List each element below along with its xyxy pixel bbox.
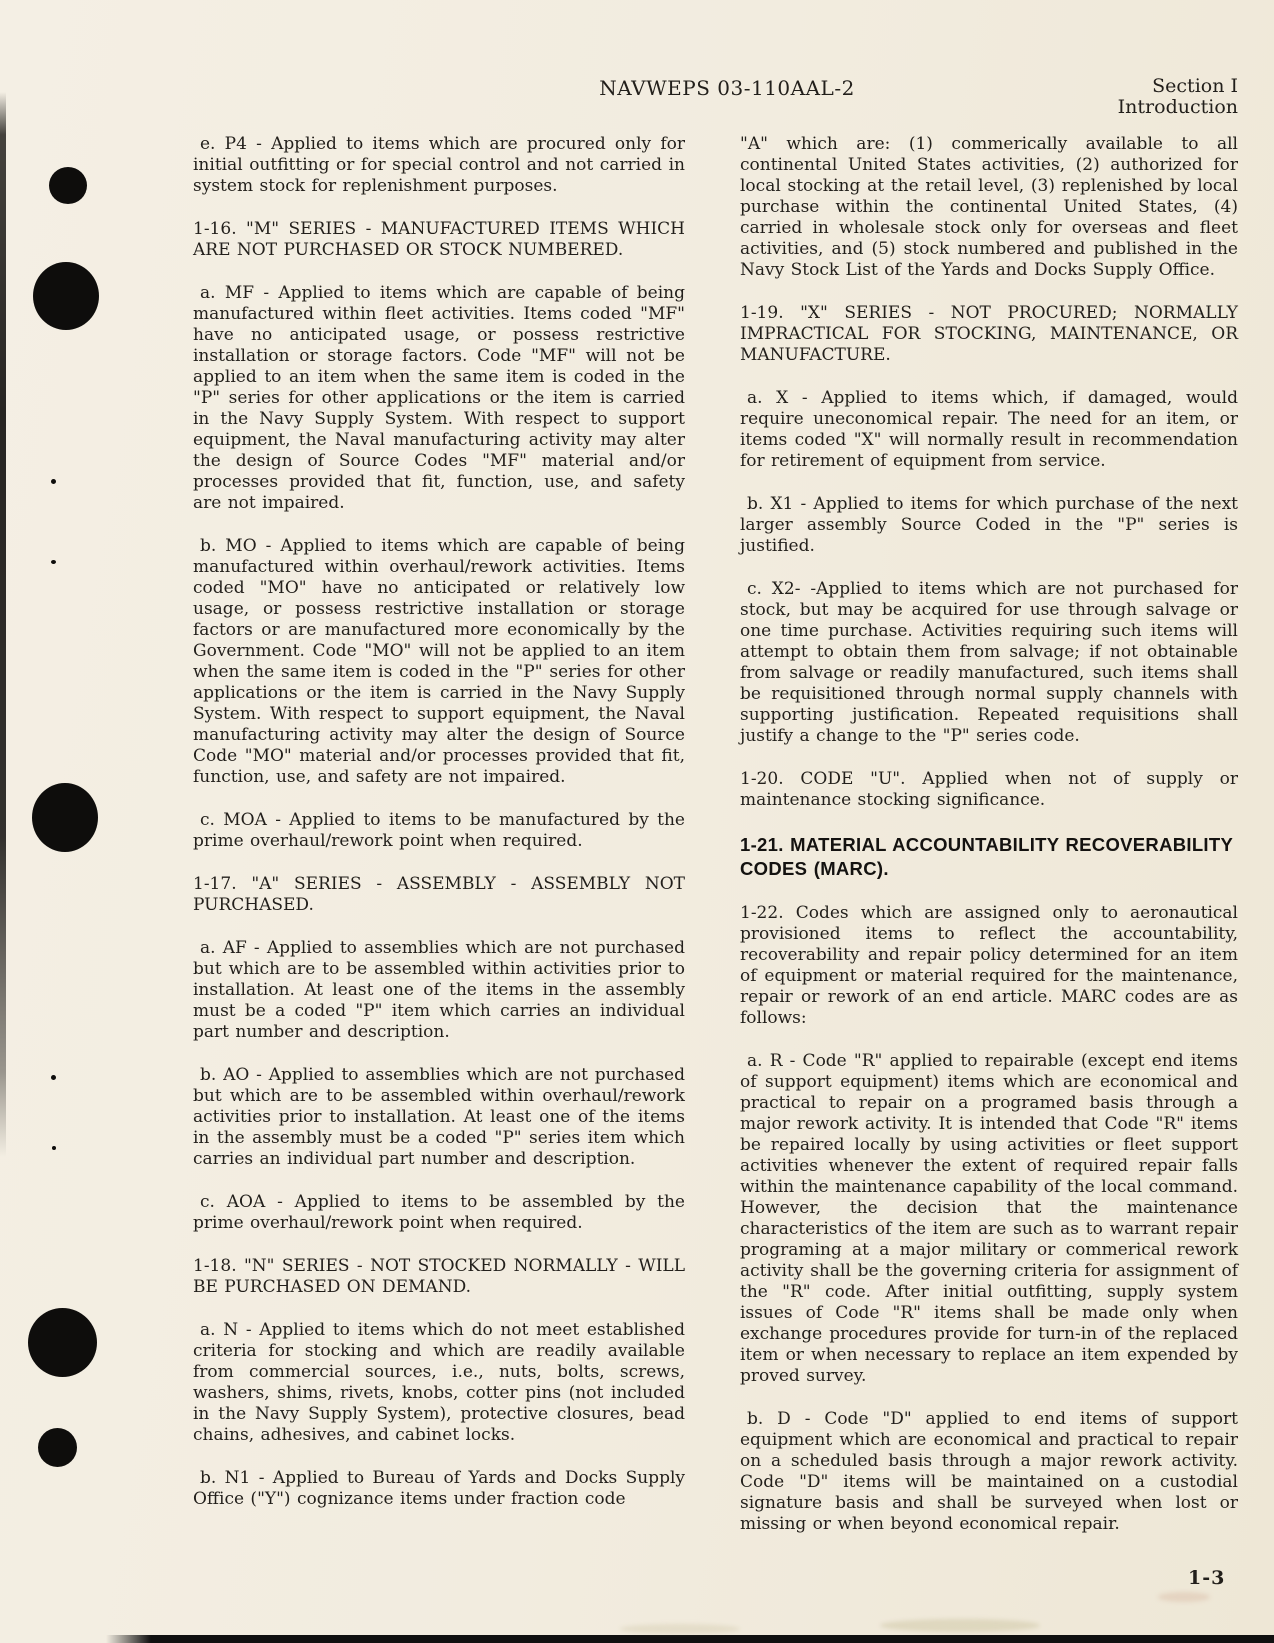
binder-hole	[33, 262, 99, 330]
heading: 1-17. "A" SERIES - ASSEMBLY - ASSEMBLY N…	[193, 874, 685, 916]
column-right: "A" which are: (1) commerically availabl…	[740, 134, 1238, 1557]
body-paragraph: a. R - Code "R" applied to repairable (e…	[740, 1051, 1238, 1387]
scan-smudge	[1158, 1592, 1210, 1602]
body-paragraph: a. N - Applied to items which do not mee…	[193, 1320, 685, 1446]
continuation: 1-20. CODE "U". Applied when not of supp…	[740, 769, 1238, 811]
body-paragraph: b. X1 - Applied to items for which purch…	[740, 494, 1238, 557]
scan-bottom-bar	[106, 1635, 1274, 1643]
binder-hole	[28, 1308, 97, 1377]
section-label: Section I	[1118, 76, 1238, 97]
ink-speck	[51, 560, 56, 564]
page-number: 1-3	[1188, 1567, 1225, 1589]
section-header: Section I Introduction	[1118, 76, 1238, 118]
scan-smudge	[620, 1624, 740, 1634]
ink-speck	[51, 479, 56, 484]
heading: 1-16. "M" SERIES - MANUFACTURED ITEMS WH…	[193, 219, 685, 261]
body-paragraph: b. AO - Applied to assemblies which are …	[193, 1065, 685, 1170]
body-paragraph: b. N1 - Applied to Bureau of Yards and D…	[193, 1468, 685, 1510]
heading: 1-19. "X" SERIES - NOT PROCURED; NORMALL…	[740, 303, 1238, 366]
body-paragraph: c. X2- -Applied to items which are not p…	[740, 579, 1238, 747]
body-paragraph: c. MOA - Applied to items to be manufact…	[193, 810, 685, 852]
body-paragraph: a. X - Applied to items which, if damage…	[740, 388, 1238, 472]
scanned-manual-page: { "header": { "doc_number": "NAVWEPS 03-…	[0, 0, 1274, 1643]
ink-speck	[51, 1075, 56, 1080]
column-left: e. P4 - Applied to items which are procu…	[193, 134, 685, 1532]
heading-bold: 1-21. MATERIAL ACCOUNTABILITY RECOVERABI…	[740, 833, 1238, 881]
body-paragraph: a. AF - Applied to assemblies which are …	[193, 938, 685, 1043]
continuation: 1-22. Codes which are assigned only to a…	[740, 903, 1238, 1029]
section-sublabel: Introduction	[1118, 97, 1238, 118]
ink-speck	[52, 1146, 56, 1150]
binder-hole	[49, 167, 87, 204]
scan-edge-shadow	[0, 92, 6, 1157]
binder-hole	[32, 783, 98, 852]
doc-number: NAVWEPS 03-110AAL-2	[527, 76, 927, 100]
binder-hole	[38, 1428, 77, 1467]
body-paragraph: e. P4 - Applied to items which are procu…	[193, 134, 685, 197]
scan-smudge	[880, 1619, 1040, 1632]
body-paragraph: c. AOA - Applied to items to be assemble…	[193, 1192, 685, 1234]
heading: 1-18. "N" SERIES - NOT STOCKED NORMALLY …	[193, 1256, 685, 1298]
body-paragraph: b. D - Code "D" applied to end items of …	[740, 1409, 1238, 1535]
body-paragraph: a. MF - Applied to items which are capab…	[193, 283, 685, 514]
body-paragraph: b. MO - Applied to items which are capab…	[193, 536, 685, 788]
continuation: "A" which are: (1) commerically availabl…	[740, 134, 1238, 281]
